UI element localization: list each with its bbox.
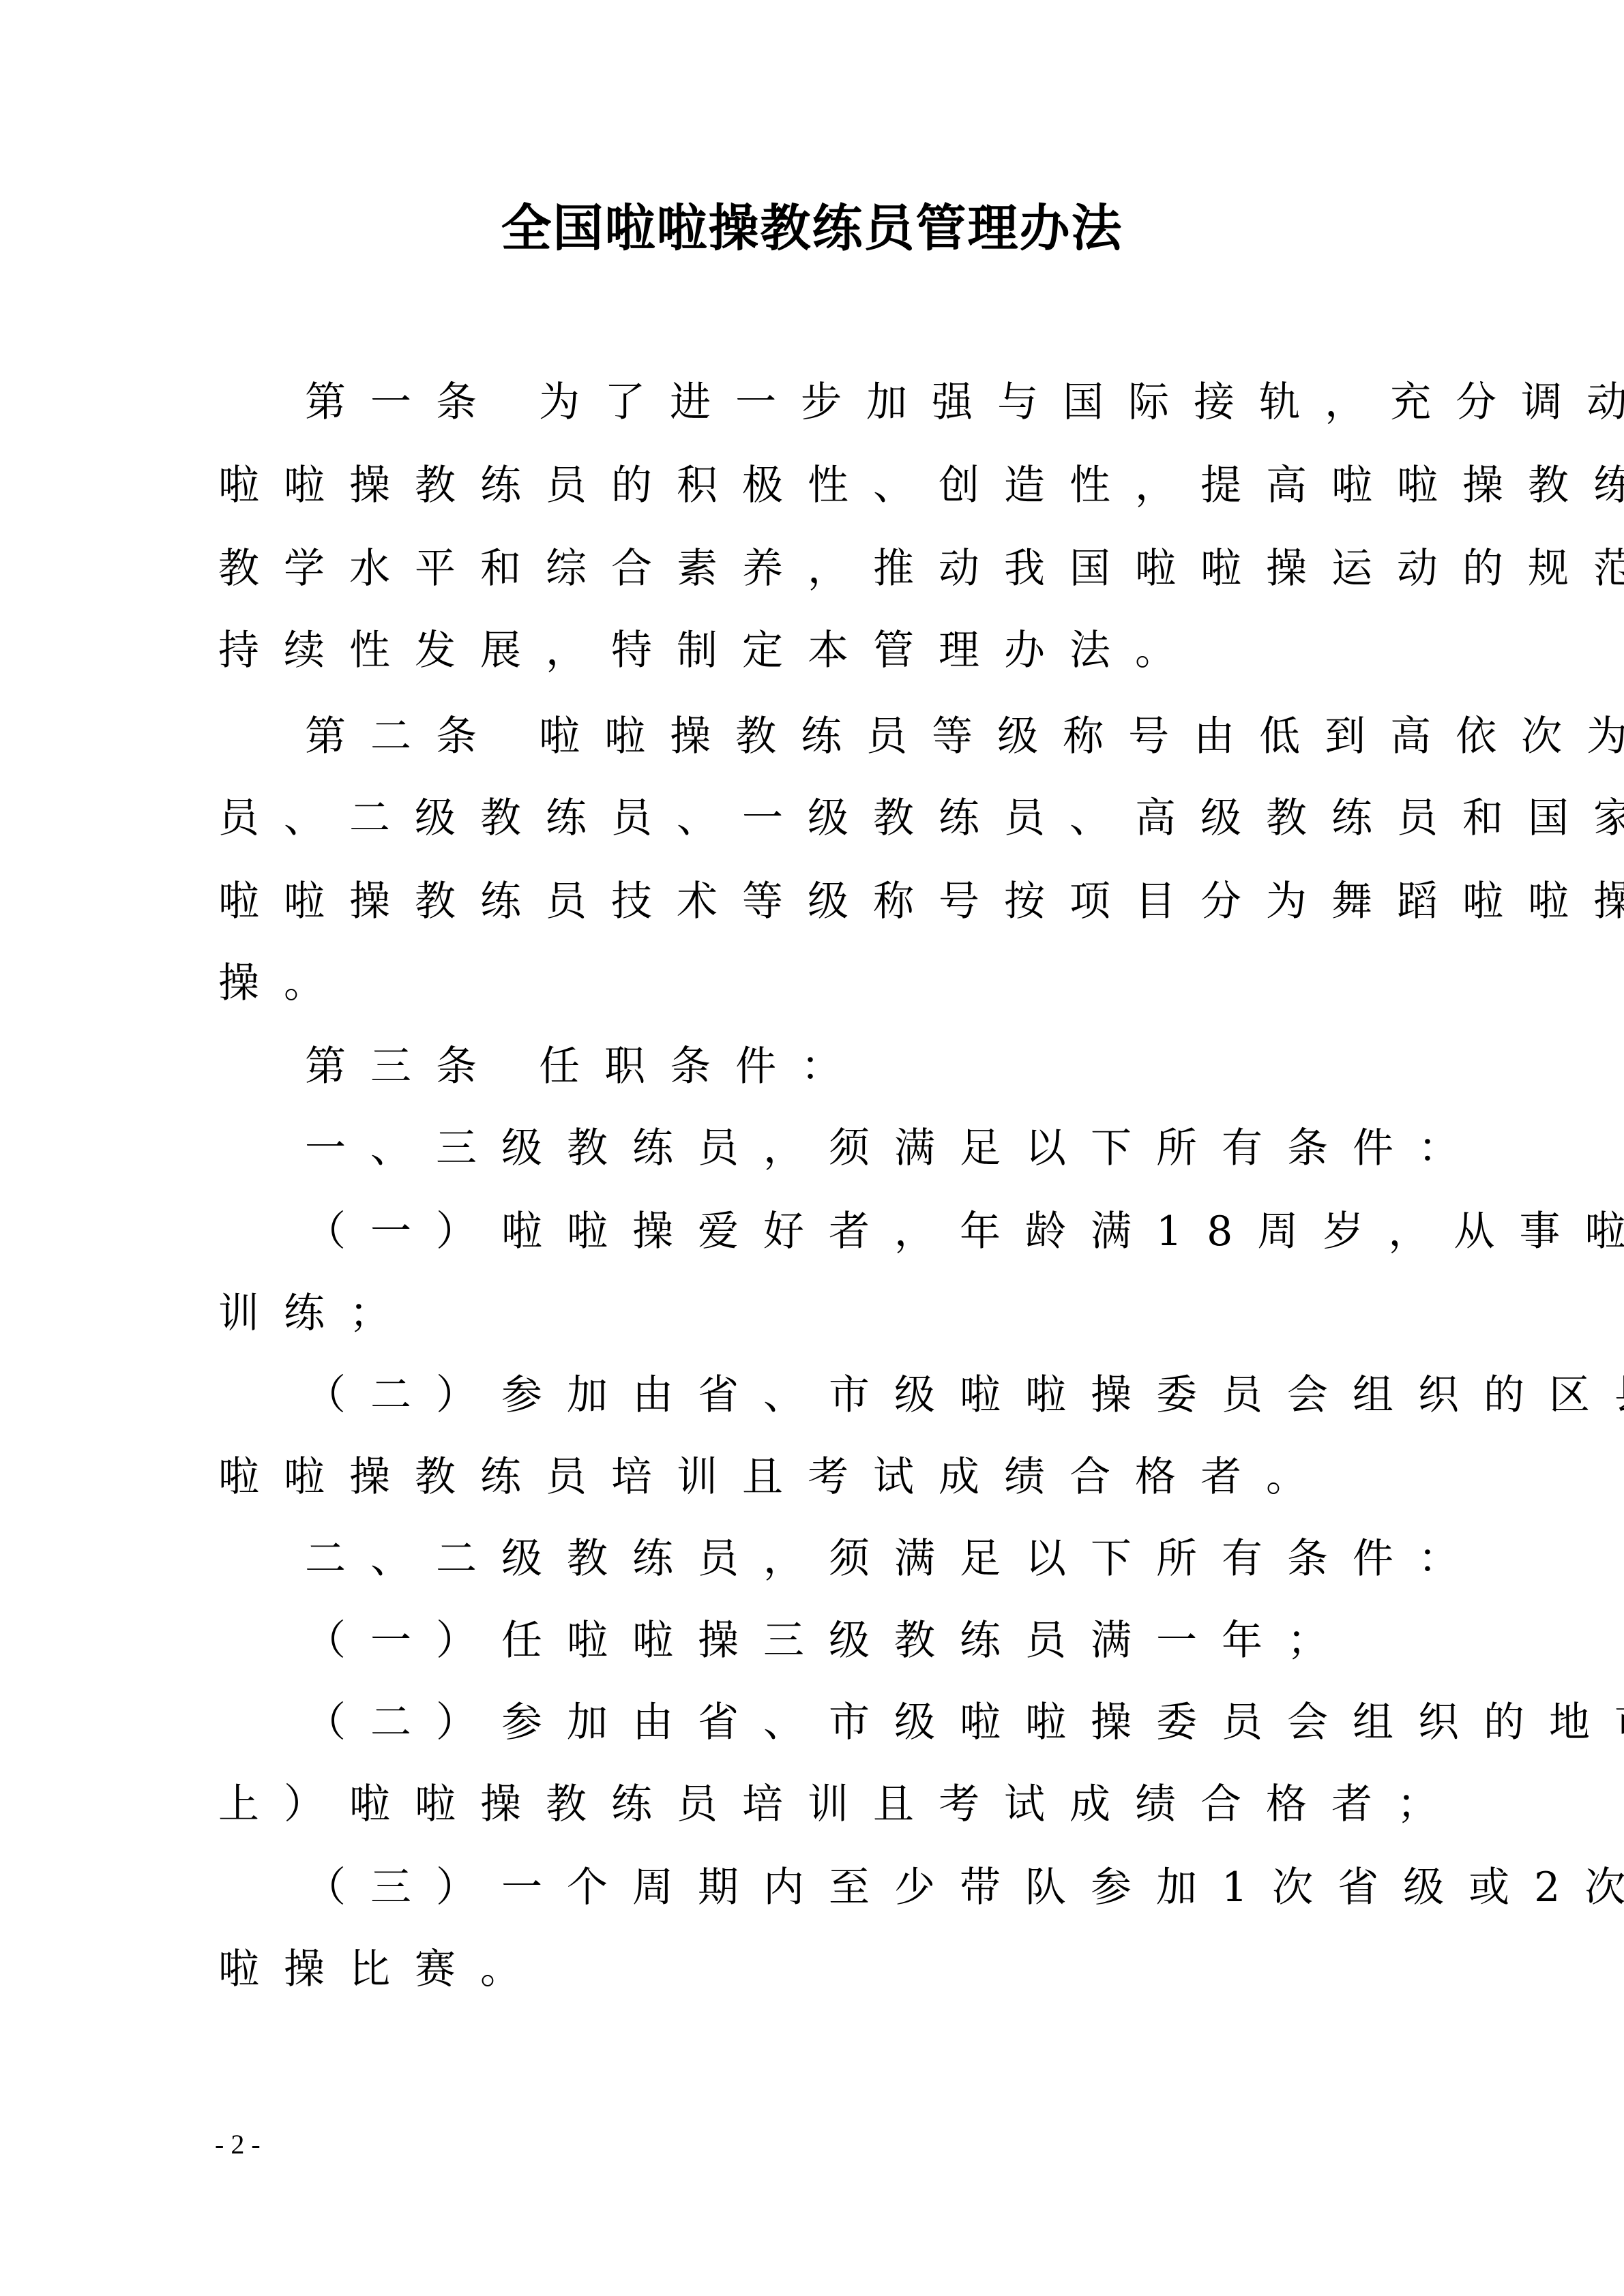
paragraph-line: 二、二级教练员，须满足以下所有条件： [305, 1518, 1483, 1600]
paragraph-line: 上）啦啦操教练员培训且考试成绩合格者； [218, 1763, 1462, 1845]
document-title: 全国啦啦操教练员管理办法 [0, 194, 1624, 263]
paragraph-line: 啦操比赛。 [218, 1928, 546, 2010]
page-number: - 2 - [215, 2128, 261, 2162]
paragraph-line: 啦啦操教练员培训且考试成绩合格者。 [218, 1436, 1331, 1518]
paragraph-line: 训练； [218, 1272, 415, 1354]
paragraph-line: 第三条 任职条件： [305, 1026, 866, 1107]
paragraph-line: 啦啦操教练员技术等级称号按项目分为舞蹈啦啦操和技巧啦啦 [218, 861, 1624, 942]
paragraph-line: （二）参加由省、市级啦啦操委员会组织的地市级（及以 [305, 1682, 1624, 1763]
paragraph-line: 员、二级教练员、一级教练员、高级教练员和国家级教练员。 [218, 777, 1624, 859]
paragraph-line: 啦啦操教练员的积极性、创造性，提高啦啦操教练员技术能力、 [218, 445, 1624, 526]
paragraph-line: 第一条 为了进一步加强与国际接轨，充分调动并发挥我国 [305, 361, 1624, 443]
paragraph-line: （二）参加由省、市级啦啦操委员会组织的区县（及以上） [305, 1354, 1624, 1436]
paragraph-line: （三）一个周期内至少带队参加1次省级或2次地市级啦 [305, 1847, 1624, 1928]
paragraph-line: （一）啦啦操爱好者，年龄满18周岁，从事啦啦操教学与 [305, 1191, 1624, 1272]
paragraph-line: 教学水平和综合素养，推动我国啦啦操运动的规范、科学、可 [218, 528, 1624, 610]
paragraph-line: 第二条 啦啦操教练员等级称号由低到高依次为：三级教练 [305, 696, 1624, 777]
paragraph-line: （一）任啦啦操三级教练员满一年； [305, 1600, 1353, 1682]
paragraph-line: 一、三级教练员，须满足以下所有条件： [305, 1107, 1483, 1189]
paragraph-line: 持续性发展，特制定本管理办法。 [218, 610, 1200, 691]
paragraph-line: 操。 [218, 942, 349, 1024]
